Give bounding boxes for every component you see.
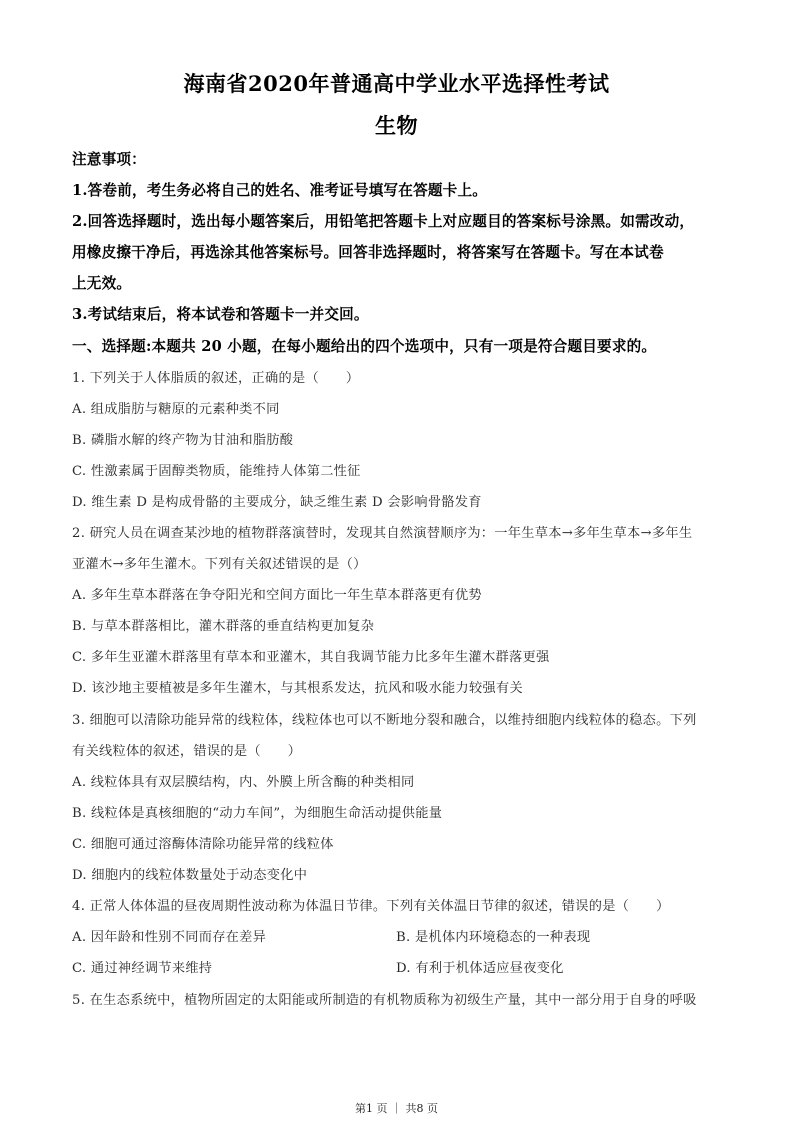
question-3-option-a: A. 线粒体具有双层膜结构，内、外膜上所含酶的种类相同 bbox=[72, 773, 415, 793]
question-4-option-b: B. 是机体内环境稳态的一种表现 bbox=[396, 928, 590, 948]
notice-item-1: 1.答卷前，考生务必将自己的姓名、准考证号填写在答题卡上。 bbox=[72, 181, 487, 201]
question-4-stem: 4. 正常人体体温的昼夜周期性波动称为体温日节律。下列有关体温日节律的叙述，错误… bbox=[72, 897, 670, 917]
question-4-option-d: D. 有利于机体适应昼夜变化 bbox=[396, 959, 564, 979]
question-2-option-d: D. 该沙地主要植被是多年生灌木，与其根系发达，抗风和吸水能力较强有关 bbox=[72, 679, 523, 699]
question-4-option-c: C. 通过神经调节来维持 bbox=[72, 959, 212, 979]
exam-page: 海南省2020年普通高中学业水平选择性考试 生物 注意事项： 1.答卷前，考生务… bbox=[0, 0, 793, 1122]
question-2-stem: 2. 研究人员在调查某沙地的植物群落演替时，发现其自然演替顺序为：一年生草本→多… bbox=[72, 524, 692, 544]
subject-title: 生物 bbox=[0, 110, 793, 140]
question-2-option-c: C. 多年生亚灌木群落里有草本和亚灌木，其自我调节能力比多年生灌木群落更强 bbox=[72, 648, 549, 668]
question-3-option-c: C. 细胞可通过溶酶体清除功能异常的线粒体 bbox=[72, 835, 334, 855]
question-2-stem-cont: 亚灌木→多年生灌木。下列有关叙述错误的是（） bbox=[72, 555, 367, 575]
question-1-option-b: B. 磷脂水解的终产物为甘油和脂肪酸 bbox=[72, 431, 293, 451]
question-3-stem: 3. 细胞可以清除功能异常的线粒体，线粒体也可以不断地分裂和融合，以维持细胞内线… bbox=[72, 711, 697, 731]
notice-item-2-cont: 用橡皮擦干净后，再选涂其他答案标号。回答非选择题时，将答案写在答题卡。写在本试卷 bbox=[72, 243, 664, 263]
notice-item-2-end: 上无效。 bbox=[72, 274, 131, 294]
question-1-option-a: A. 组成脂肪与糖原的元素种类不同 bbox=[72, 400, 280, 420]
question-2-option-a: A. 多年生草本群落在争夺阳光和空间方面比一年生草本群落更有优势 bbox=[72, 586, 482, 606]
question-4-option-a: A. 因年龄和性别不同而存在差异 bbox=[72, 928, 266, 948]
exam-title: 海南省2020年普通高中学业水平选择性考试 bbox=[0, 68, 793, 98]
notice-heading: 注意事项： bbox=[72, 150, 146, 170]
question-5-stem: 5. 在生态系统中，植物所固定的太阳能或所制造的有机物质称为初级生产量，其中一部… bbox=[72, 991, 697, 1011]
notice-item-2: 2.回答选择题时，选出每小题答案后，用铅笔把答题卡上对应题目的答案标号涂黑。如需… bbox=[72, 212, 694, 232]
question-1-option-c: C. 性激素属于固醇类物质，能维持人体第二性征 bbox=[72, 462, 361, 482]
question-3-option-d: D. 细胞内的线粒体数量处于动态变化中 bbox=[72, 866, 307, 886]
question-1-option-d: D. 维生素 D 是构成骨骼的主要成分，缺乏维生素 D 会影响骨骼发育 bbox=[72, 493, 482, 513]
question-2-option-b: B. 与草本群落相比，灌木群落的垂直结构更加复杂 bbox=[72, 617, 374, 637]
section-heading: 一、选择题:本题共 20 小题，在每小题给出的四个选项中，只有一项是符合题目要求… bbox=[72, 337, 656, 357]
question-1-stem: 1. 下列关于人体脂质的叙述，正确的是（ ） bbox=[72, 369, 359, 389]
question-3-stem-cont: 有关线粒体的叙述，错误的是（ ） bbox=[72, 742, 301, 762]
notice-item-3: 3.考试结束后，将本试卷和答题卡一并交回。 bbox=[72, 305, 369, 325]
question-3-option-b: B. 线粒体是真核细胞的“动力车间”，为细胞生命活动提供能量 bbox=[72, 804, 442, 824]
page-footer: 第1 页 ｜ 共8 页 bbox=[0, 1100, 793, 1116]
